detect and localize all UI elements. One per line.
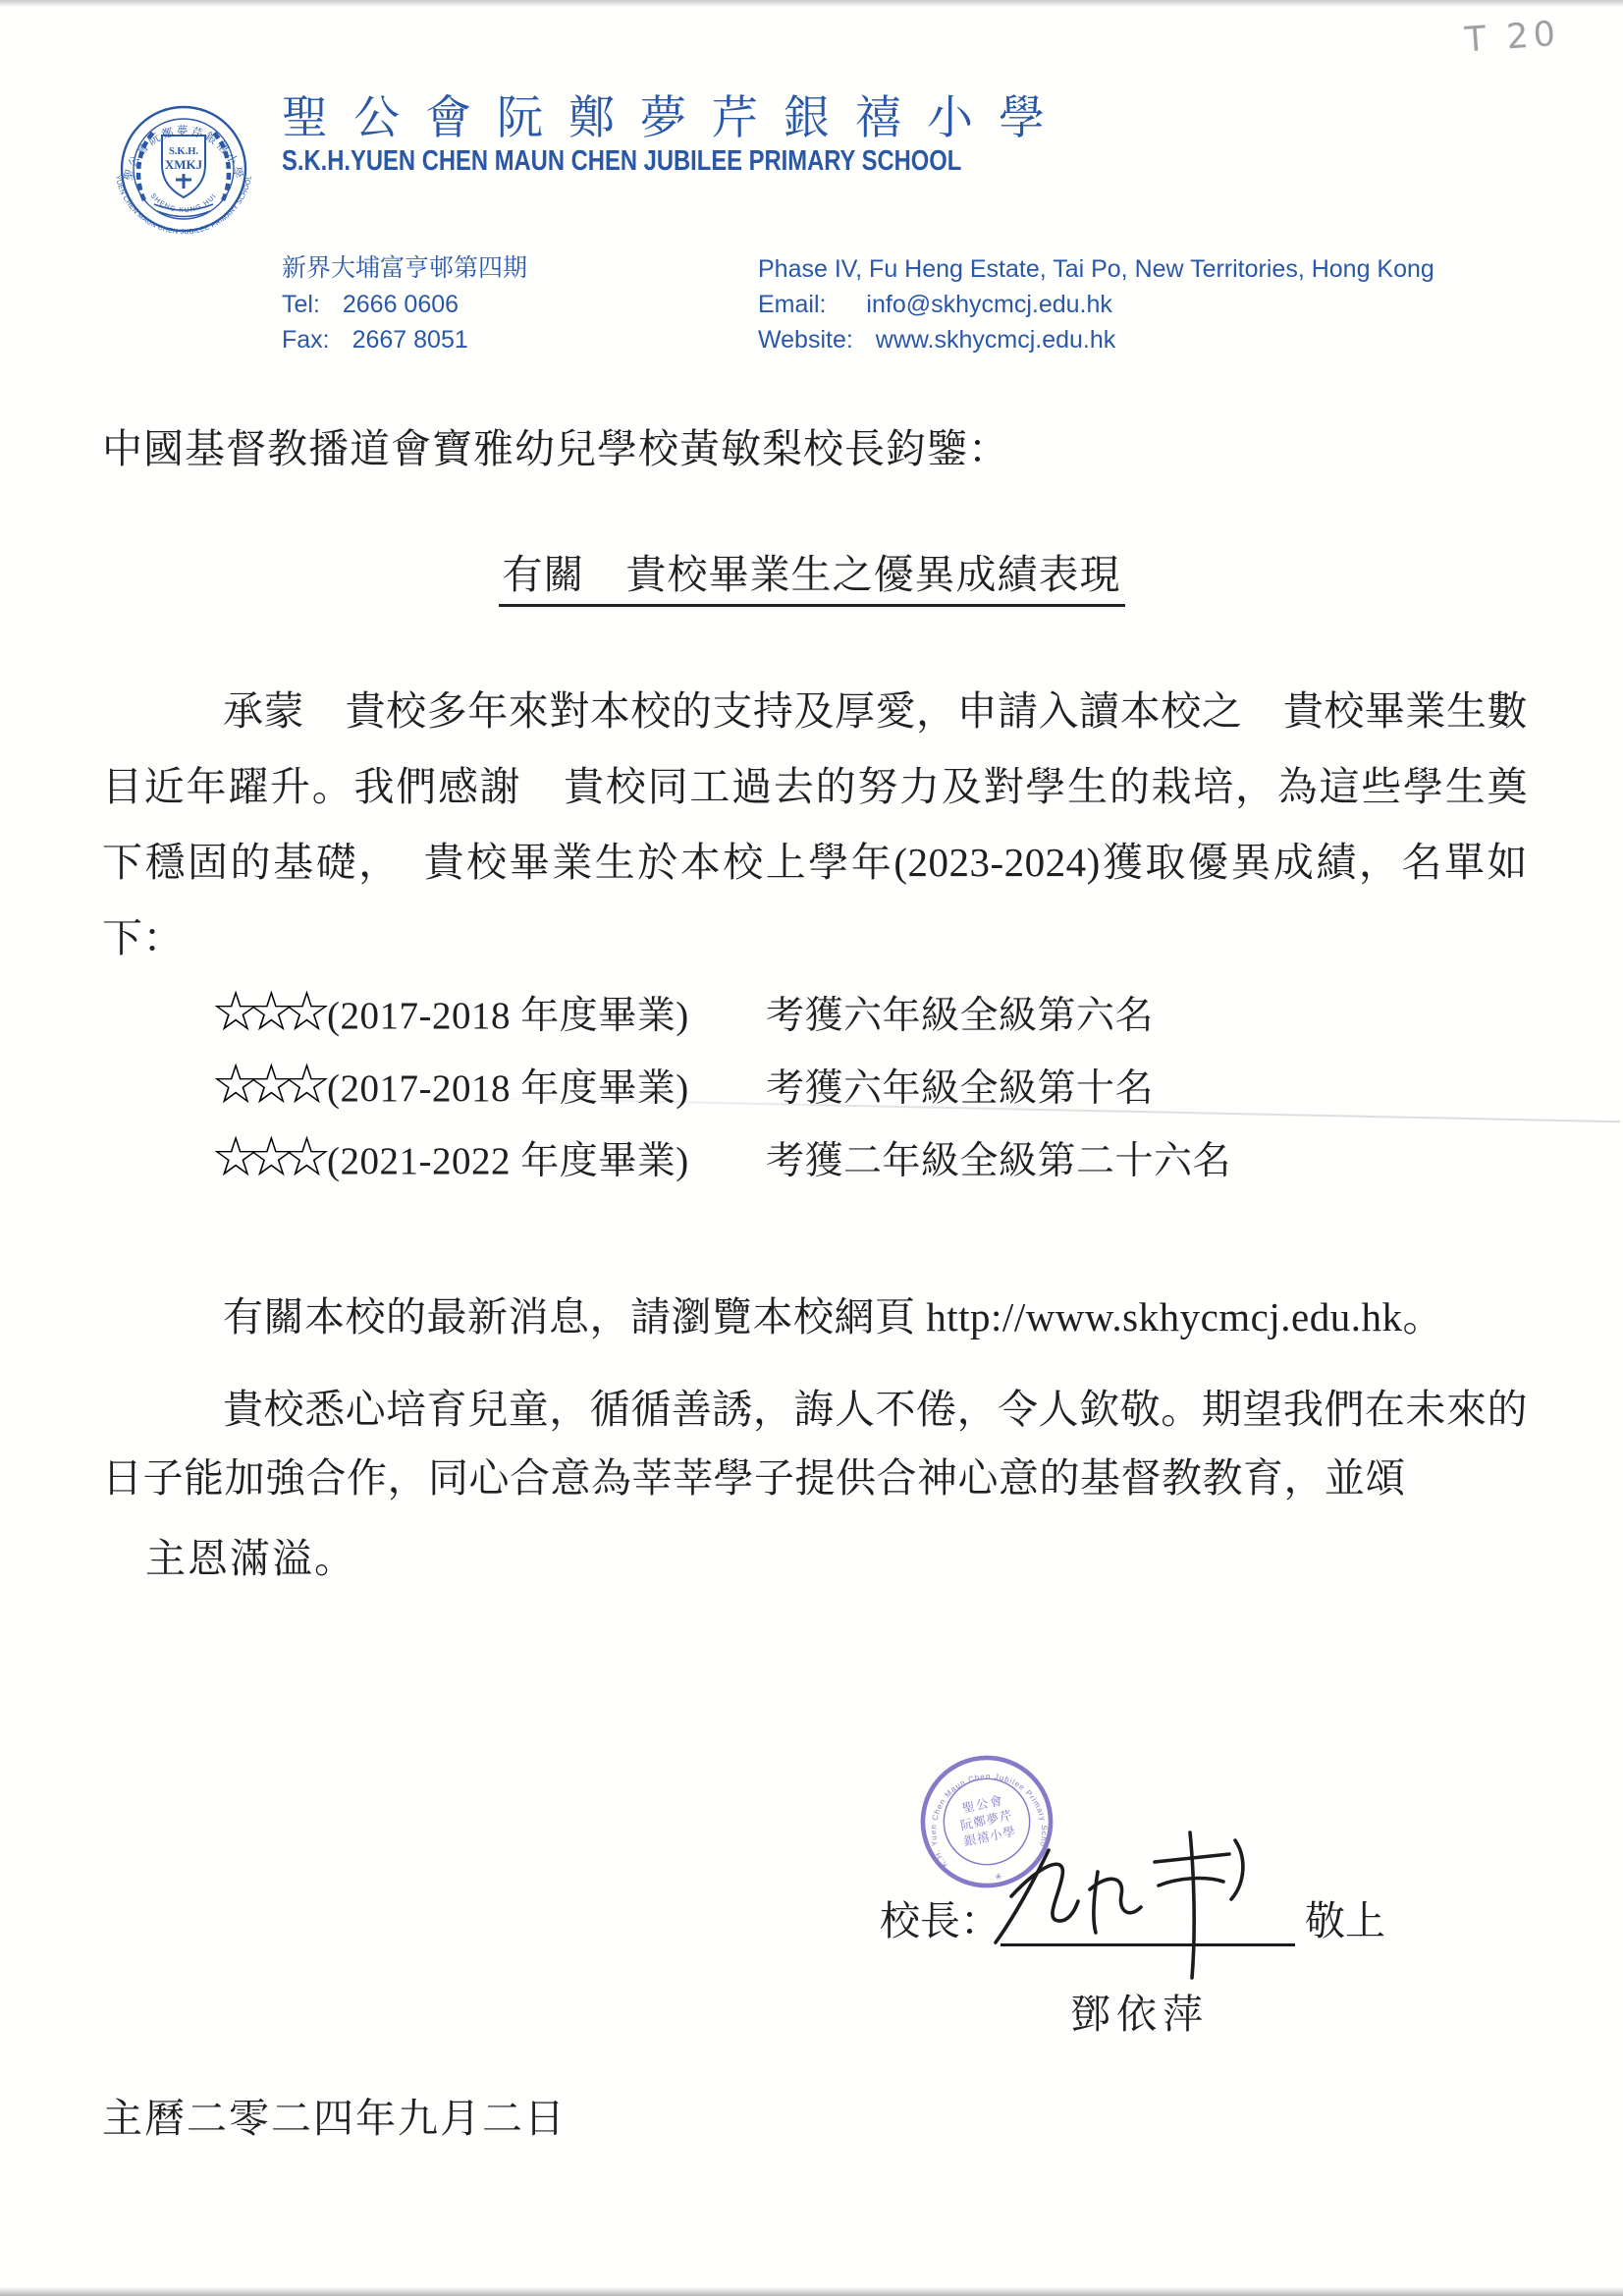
website-value: www.skhycmcj.edu.hk bbox=[876, 326, 1116, 354]
school-name-chinese: 聖公會阮鄭夢芹銀禧小學 bbox=[282, 94, 1070, 145]
email-row: Email: info@skhycmcj.edu.hk bbox=[758, 287, 1548, 322]
scanned-letter-page: T 20 聖公會阮鄭夢芹銀禧小學 YUEN CHEN MAUN CHEN JUB… bbox=[0, 0, 1623, 2296]
redacted-name-stars: ☆☆☆ bbox=[211, 985, 327, 1040]
school-name-english: S.K.H.YUEN CHEN MAUN CHEN JUBILEE PRIMAR… bbox=[282, 145, 961, 178]
graduation-year: (2017-2018 年度畢業) bbox=[327, 985, 766, 1040]
logo-cross-horizontal bbox=[176, 179, 191, 182]
graduates-list: ☆☆☆ (2017-2018 年度畢業) 考獲六年級全級第六名 ☆☆☆ (201… bbox=[211, 982, 1448, 1200]
handwritten-corner-note: T 20 bbox=[1464, 15, 1562, 61]
school-logo: 聖公會阮鄭夢芹銀禧小學 YUEN CHEN MAUN CHEN JUBILEE … bbox=[96, 84, 271, 265]
subject-line-wrap: 有關 貴校畢業生之優異成績表現 bbox=[0, 542, 1623, 600]
stamp-asterisk-mark: ✳ bbox=[994, 1872, 1003, 1883]
address-chinese: 新界大埔富亨邨第四期 bbox=[282, 251, 758, 287]
tel-label: Tel: bbox=[282, 287, 320, 322]
tel-value: 2666 0606 bbox=[343, 291, 459, 318]
website-label: Website: bbox=[758, 322, 853, 357]
logo-shield-monogram: XMKJ bbox=[165, 157, 203, 172]
graduation-year: (2021-2022 年度畢業) bbox=[327, 1130, 766, 1185]
letter-date: 主曆二零二四年九月二日 bbox=[102, 2086, 567, 2144]
fax-value: 2667 8051 bbox=[352, 326, 468, 354]
subject-line: 有關 貴校畢業生之優異成績表現 bbox=[499, 552, 1125, 607]
email-value: info@skhycmcj.edu.hk bbox=[866, 291, 1111, 318]
closing-blessing: 主恩滿溢。 bbox=[145, 1526, 356, 1584]
email-label: Email: bbox=[758, 287, 826, 322]
tel-row: Tel: 2666 0606 bbox=[282, 287, 758, 322]
website-row: Website: www.skhycmcj.edu.hk bbox=[758, 322, 1548, 357]
salutation: 中國基督教播道會寶雅幼兒學校黃敏梨校長鈞鑒： bbox=[102, 416, 1009, 474]
achievement: 考獲六年級全級第六名 bbox=[766, 985, 1448, 1040]
graduate-row: ☆☆☆ (2017-2018 年度畢業) 考獲六年級全級第六名 bbox=[211, 982, 1448, 1043]
graduate-row: ☆☆☆ (2017-2018 年度畢業) 考獲六年級全級第十名 bbox=[211, 1055, 1448, 1116]
school-stamp: S.K.H. Yuen Chen Maun Chen Jubilee Prima… bbox=[894, 1729, 1078, 1913]
paragraph-intro: 承蒙 貴校多年來對本校的支持及厚愛，申請入讀本校之 貴校畢業生數目近年躍升。我們… bbox=[102, 674, 1528, 976]
honorific-label: 敬上 bbox=[1305, 1888, 1385, 1946]
signature-line bbox=[1001, 1898, 1295, 1946]
achievement: 考獲六年級全級第十名 bbox=[766, 1058, 1448, 1113]
achievement: 考獲二年級全級第二十六名 bbox=[766, 1130, 1448, 1185]
graduation-year: (2017-2018 年度畢業) bbox=[327, 1058, 766, 1113]
graduate-row: ☆☆☆ (2021-2022 年度畢業) 考獲二年級全級第二十六名 bbox=[211, 1127, 1448, 1188]
redacted-name-stars: ☆☆☆ bbox=[211, 1130, 327, 1185]
logo-shield-abbr: S.K.H. bbox=[169, 146, 198, 157]
address-english: Phase IV, Fu Heng Estate, Tai Po, New Te… bbox=[758, 251, 1548, 287]
fax-row: Fax: 2667 8051 bbox=[282, 322, 758, 357]
letterhead-contact-block: 新界大埔富亨邨第四期 Phase IV, Fu Heng Estate, Tai… bbox=[282, 251, 1548, 357]
principal-role-label: 校長： bbox=[880, 1888, 1001, 1946]
paragraph-website: 有關本校的最新消息，請瀏覽本校網頁 http://www.skhycmcj.ed… bbox=[102, 1290, 1528, 1343]
principal-sign-row: 校長： 敬上 bbox=[880, 1887, 1385, 1946]
paragraph-appreciation: 貴校悉心培育兒童，循循善誘，誨人不倦，令人欽敬。期望我們在未來的日子能加強合作，… bbox=[102, 1375, 1528, 1512]
principal-name: 鄧依萍 bbox=[1070, 1982, 1209, 2040]
scan-edge-top bbox=[0, 0, 1623, 7]
fax-label: Fax: bbox=[282, 322, 330, 357]
scan-edge-bottom bbox=[0, 2287, 1623, 2296]
redacted-name-stars: ☆☆☆ bbox=[211, 1058, 327, 1113]
